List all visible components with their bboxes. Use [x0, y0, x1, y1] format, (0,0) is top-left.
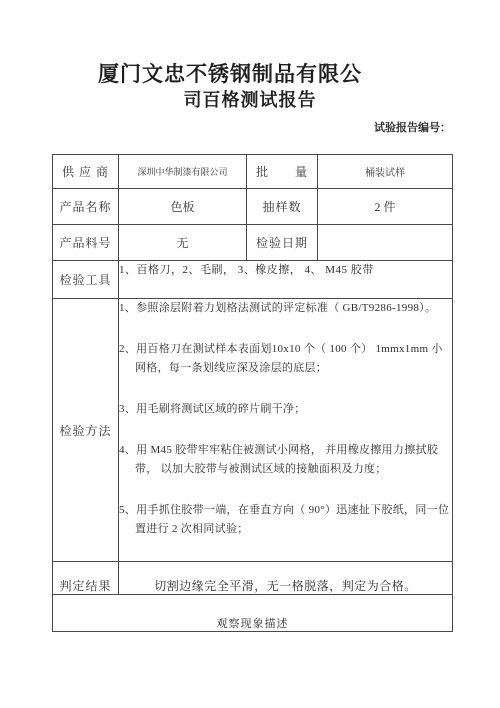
product-name-label: 产品名称 — [53, 189, 119, 225]
method-step: 3、用毛刷将测试区域的碎片刷干净； — [119, 400, 452, 419]
report-number-label: 试验报告编号： — [374, 119, 451, 135]
title-line-2: 司百格测试报告 — [0, 88, 500, 112]
table-row: 检验方法 1、参照涂层附着力划格法测试的评定标准（ GB/T9286-1998）… — [53, 299, 453, 562]
table-row: 判定结果 切割边缘完全平滑，无一格脱落，判定为合格。 — [53, 562, 453, 595]
product-code-value: 无 — [119, 225, 247, 261]
method-step: 4、用 M45 胶带牢牢粘住被测试小网格， 并用橡皮擦用力擦拭胶带， 以加大胶带… — [119, 441, 452, 479]
table-row: 产品料号 无 检验日期 — [53, 225, 453, 261]
method-label: 检验方法 — [53, 299, 119, 562]
batch-label: 批 量 — [247, 155, 318, 189]
test-report-table: 供 应 商 深圳中华制漆有限公司 批 量 桶装试样 产品名称 色板 抽样数 2 … — [52, 154, 453, 632]
table-row: 产品名称 色板 抽样数 2 件 — [53, 189, 453, 225]
method-step: 1、参照涂层附着力划格法测试的评定标准（ GB/T9286-1998）。 — [119, 299, 452, 318]
table-row: 观察现象描述 — [53, 595, 453, 632]
document-page: 厦门文忠不锈钢制品有限公 司百格测试报告 试验报告编号： 供 应 商 深圳中华制… — [0, 0, 500, 708]
product-name-value: 色板 — [119, 189, 247, 225]
inspect-date-value — [318, 225, 453, 261]
table-row: 检验工具 1、百格刀，2、毛刷， 3、橡皮擦， 4、 M45 胶带 — [53, 261, 453, 299]
observation-label: 观察现象描述 — [53, 595, 453, 632]
tools-value: 1、百格刀，2、毛刷， 3、橡皮擦， 4、 M45 胶带 — [119, 261, 453, 299]
title-line-1: 厦门文忠不锈钢制品有限公 — [0, 60, 460, 88]
table-row: 供 应 商 深圳中华制漆有限公司 批 量 桶装试样 — [53, 155, 453, 189]
product-code-label: 产品料号 — [53, 225, 119, 261]
supplier-label: 供 应 商 — [53, 155, 119, 189]
tools-label: 检验工具 — [53, 261, 119, 299]
batch-value: 桶装试样 — [318, 155, 453, 189]
method-step: 2、用百格刀在测试样本表面划10x10 个（ 100 个） 1mmx1mm 小网… — [119, 340, 452, 378]
method-steps: 1、参照涂层附着力划格法测试的评定标准（ GB/T9286-1998）。 2、用… — [119, 299, 453, 562]
result-label: 判定结果 — [53, 562, 119, 595]
method-step: 5、用手抓住胶带一端，在垂直方向（ 90°）迅速扯下胶纸，同一位置进行 2 次相… — [119, 501, 452, 539]
sample-count-value: 2 件 — [318, 189, 453, 225]
supplier-value: 深圳中华制漆有限公司 — [119, 155, 247, 189]
sample-count-label: 抽样数 — [247, 189, 318, 225]
result-value: 切割边缘完全平滑，无一格脱落，判定为合格。 — [119, 562, 453, 595]
inspect-date-label: 检验日期 — [247, 225, 318, 261]
document-title: 厦门文忠不锈钢制品有限公 司百格测试报告 — [0, 60, 500, 112]
